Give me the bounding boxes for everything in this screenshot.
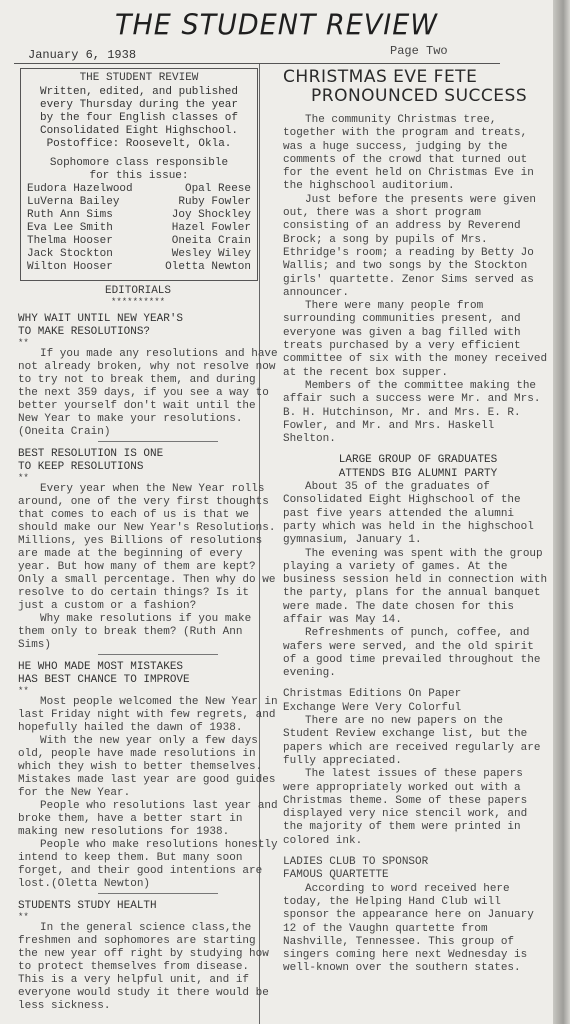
- editorial-article: BEST RESOLUTION IS ONETO KEEP RESOLUTION…: [18, 448, 282, 655]
- article-headline: STUDENTS STUDY HEALTH: [18, 900, 282, 913]
- newspaper-masthead: THE STUDENT REVIEW: [0, 9, 553, 42]
- article-paragraph: With the new year only a few days old, p…: [18, 735, 282, 800]
- lead-headline: CHRISTMAS EVE FETE PRONOUNCED SUCCESS: [283, 68, 553, 106]
- article-paragraph: People who make resolutions honestly int…: [18, 839, 282, 891]
- staff-box-line: by the four English classes of: [27, 112, 251, 125]
- article-paragraph: If you made any resolutions and have not…: [18, 348, 282, 439]
- editorial-article: HE WHO MADE MOST MISTAKESHAS BEST CHANCE…: [18, 661, 282, 894]
- headline-line: BEST RESOLUTION IS ONE: [18, 448, 282, 461]
- newspaper-page: THE STUDENT REVIEW January 6, 1938 Page …: [0, 0, 553, 1024]
- article-paragraph: There are no new papers on the Student R…: [283, 715, 553, 768]
- headline-line: HAS BEST CHANCE TO IMPROVE: [18, 674, 282, 687]
- staff-intro-line: Sophomore class responsible: [27, 157, 251, 170]
- staff-box-line: Written, edited, and published: [27, 86, 251, 99]
- article-paragraph: According to word received here today, t…: [283, 883, 553, 976]
- article-paragraph: There were many people from surrounding …: [283, 300, 553, 380]
- header-rule: [14, 63, 500, 64]
- lead-article-body: The community Christmas tree, together w…: [283, 114, 553, 446]
- exchange-article-body: There are no new papers on the Student R…: [283, 715, 553, 848]
- staff-box-description: Written, edited, and published every Thu…: [27, 86, 251, 151]
- headline-line: HE WHO MADE MOST MISTAKES: [18, 661, 282, 674]
- staff-name: Hazel Fowler: [141, 222, 251, 235]
- lead-headline-line: CHRISTMAS EVE FETE: [283, 67, 477, 87]
- headline-line: TO MAKE RESOLUTIONS?: [18, 326, 282, 339]
- staff-name: Opal Reese: [141, 183, 251, 196]
- staff-name: Ruby Fowler: [141, 196, 251, 209]
- staff-box-line: every Thursday during the year: [27, 99, 251, 112]
- staff-box: THE STUDENT REVIEW Written, edited, and …: [20, 68, 258, 281]
- article-paragraph: Why make resolutions if you make them on…: [18, 613, 282, 652]
- issue-date: January 6, 1938: [28, 48, 136, 62]
- article-separator: [98, 441, 218, 442]
- staff-name: Ruth Ann Sims: [27, 209, 137, 222]
- editorial-articles: WHY WAIT UNTIL NEW YEAR'STO MAKE RESOLUT…: [18, 313, 282, 1013]
- article-paragraph: The evening was spent with the group pla…: [283, 548, 553, 628]
- page-number: Page Two: [390, 44, 448, 58]
- staff-name: Oletta Newton: [141, 261, 251, 274]
- article-paragraph: The latest issues of these papers were a…: [283, 768, 553, 848]
- staff-box-title: THE STUDENT REVIEW: [27, 72, 251, 85]
- staff-name: Oneita Crain: [141, 235, 251, 248]
- ladies-club-headline-line: LADIES CLUB TO SPONSOR: [283, 856, 553, 869]
- alumni-headline-line: LARGE GROUP OF GRADUATES: [283, 454, 553, 467]
- staff-intro-line: for this issue:: [27, 170, 251, 183]
- editorial-article: WHY WAIT UNTIL NEW YEAR'STO MAKE RESOLUT…: [18, 313, 282, 442]
- article-paragraph: In the general science class,the freshme…: [18, 922, 282, 1013]
- article-marker: **: [18, 339, 282, 348]
- article-marker: **: [18, 913, 282, 922]
- staff-name: Joy Shockley: [141, 209, 251, 222]
- alumni-headline-line: ATTENDS BIG ALUMNI PARTY: [283, 468, 553, 481]
- article-separator: [98, 654, 218, 655]
- editorial-article: STUDENTS STUDY HEALTH**In the general sc…: [18, 900, 282, 1013]
- staff-box-line: Postoffice: Roosevelt, Okla.: [27, 138, 251, 151]
- staff-names-list: Eudora HazelwoodOpal ReeseLuVerna Bailey…: [27, 183, 251, 274]
- article-paragraph: People who resolutions last year and bro…: [18, 800, 282, 839]
- staff-name: Wesley Wiley: [141, 248, 251, 261]
- staff-name: LuVerna Bailey: [27, 196, 137, 209]
- exchange-headline: Christmas Editions On Paper Exchange Wer…: [283, 688, 553, 715]
- ladies-club-article-body: According to word received here today, t…: [283, 883, 553, 976]
- article-paragraph: Refreshments of punch, coffee, and wafer…: [283, 627, 553, 680]
- article-paragraph: The community Christmas tree, together w…: [283, 114, 553, 194]
- exchange-headline-line: Exchange Were Very Colorful: [283, 702, 553, 715]
- article-paragraph: Members of the committee making the affa…: [283, 380, 553, 446]
- exchange-headline-line: Christmas Editions On Paper: [283, 688, 553, 701]
- article-marker: **: [18, 687, 282, 696]
- lead-headline-line: PRONOUNCED SUCCESS: [283, 87, 553, 106]
- right-column: CHRISTMAS EVE FETE PRONOUNCED SUCCESS Th…: [283, 68, 553, 976]
- article-paragraph: About 35 of the graduates of Consolidate…: [283, 481, 553, 547]
- alumni-headline: LARGE GROUP OF GRADUATES ATTENDS BIG ALU…: [283, 454, 553, 481]
- article-paragraph: Just before the presents were given out,…: [283, 194, 553, 300]
- staff-name: Thelma Hooser: [27, 235, 137, 248]
- article-marker: **: [18, 474, 282, 483]
- headline-line: WHY WAIT UNTIL NEW YEAR'S: [18, 313, 282, 326]
- article-headline: WHY WAIT UNTIL NEW YEAR'STO MAKE RESOLUT…: [18, 313, 282, 339]
- headline-line: STUDENTS STUDY HEALTH: [18, 900, 282, 913]
- ladies-club-headline-line: FAMOUS QUARTETTE: [283, 869, 553, 882]
- staff-intro: Sophomore class responsible for this iss…: [27, 157, 251, 183]
- staff-box-line: Consolidated Eight Highschool.: [27, 125, 251, 138]
- left-column: THE STUDENT REVIEW Written, edited, and …: [18, 68, 282, 1013]
- article-headline: BEST RESOLUTION IS ONETO KEEP RESOLUTION…: [18, 448, 282, 474]
- staff-name: Eva Lee Smith: [27, 222, 137, 235]
- article-headline: HE WHO MADE MOST MISTAKESHAS BEST CHANCE…: [18, 661, 282, 687]
- article-separator: [98, 893, 218, 894]
- headline-line: TO KEEP RESOLUTIONS: [18, 461, 282, 474]
- staff-name: Wilton Hooser: [27, 261, 137, 274]
- article-paragraph: Most people welcomed the New Year in las…: [18, 696, 282, 735]
- ladies-club-headline: LADIES CLUB TO SPONSOR FAMOUS QUARTETTE: [283, 856, 553, 883]
- article-paragraph: Every year when the New Year rolls aroun…: [18, 483, 282, 613]
- staff-name: Jack Stockton: [27, 248, 137, 261]
- alumni-article-body: About 35 of the graduates of Consolidate…: [283, 481, 553, 680]
- editorials-stars: **********: [18, 298, 258, 307]
- page-edge-shadow: [553, 0, 570, 1024]
- staff-name: Eudora Hazelwood: [27, 183, 137, 196]
